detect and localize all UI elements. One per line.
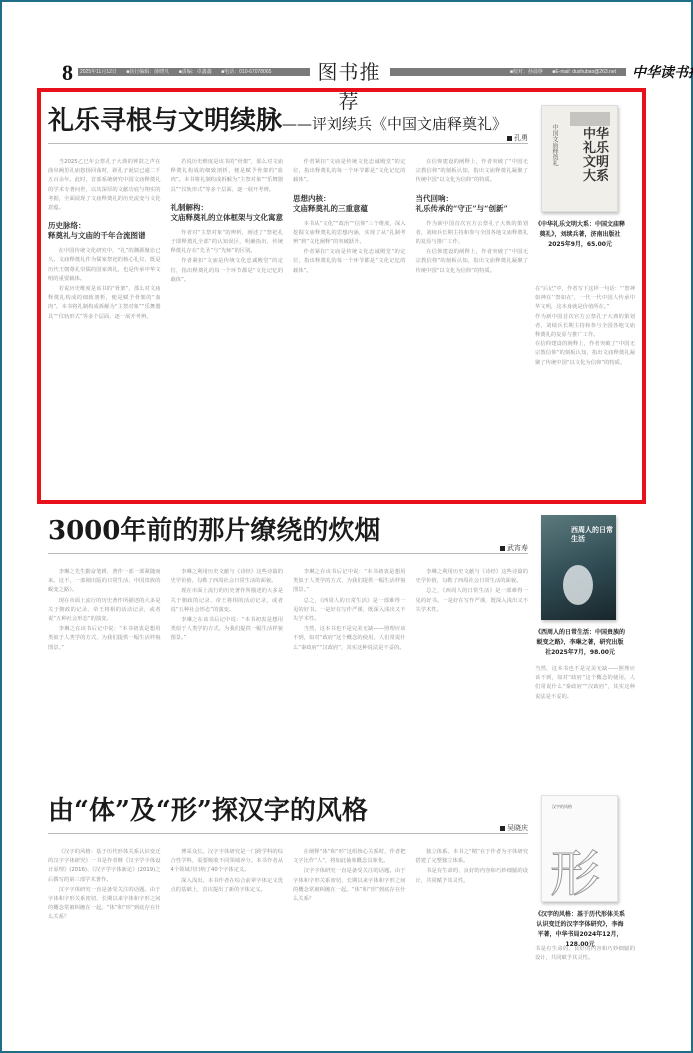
subhead: 礼制解构： 文庙释奠礼的立体框架与文化寓意 <box>171 203 284 223</box>
masthead-left-bar: 2025年11月12日 ■执行编辑：薛晓凡 ■责编：卓鑫鑫 ■电话：010-67… <box>78 68 310 76</box>
book-caption: 《汉字的风格：基于历代形体关系认识变迁的汉字字体研究》，李海平著，中华书局202… <box>535 910 625 950</box>
article-3: 由“体”及“形”探汉字的风格 吴晓庆 《汉字的风格：基于历代形体关系认识变迁的汉… <box>48 790 528 1033</box>
subhead: 思想内核： 文庙释奠礼的三重意蕴 <box>293 194 406 214</box>
phone: ■电话：010-67078065 <box>221 69 271 75</box>
editor: ■责编：卓鑫鑫 <box>179 69 212 75</box>
subhead: 历史脉络： 释奠礼与文庙的千年合流图谱 <box>48 221 161 241</box>
column-2: 李琳之利用历史文献与《诗经》这些诗篇的史学价值，勾勒了西周社会日常生活的面貌。 … <box>171 568 284 768</box>
column-4: 在信仰建设的阐释上，作者突破了“中国无宗教信仰”的刻板认知，指出文庙释奠礼凝聚了… <box>416 158 529 323</box>
issue-date: 2025年11月12日 <box>80 69 117 75</box>
masthead: 8 2025年11月12日 ■执行编辑：薛晓凡 ■责编：卓鑫鑫 ■电话：010-… <box>60 58 630 86</box>
column-3: 作者紧扣“文庙是传统文化忠诚殿堂”的定位，指出释奠礼的每一个环节都是“文化记忆的… <box>293 158 406 323</box>
book-2: 西周人的日常生活 《西周人的日常生活：中国贵族的蜕变之路》，李琳之著，研究出版社… <box>535 515 625 658</box>
article-columns: 李琳之先生勤奋笔耕，著作一部一部紧随而来。这不，一部刚出版的日常生活，中国贵族的… <box>48 568 528 768</box>
article-title: 由“体”及“形”探汉字的风格 <box>48 790 528 827</box>
column-1: 李琳之先生勤奋笔耕，著作一部一部紧随而来。这不，一部刚出版的日常生活，中国贵族的… <box>48 568 161 768</box>
article-title: 礼乐寻根与文明续脉——评刘续兵《中国文庙释奠礼》 <box>48 100 528 137</box>
book-1: 中国文庙释奠礼 中华礼乐文明大系 《中华礼乐文明大系：中国文庙释奠礼》，刘续兵著… <box>535 105 625 250</box>
book-cover-image: 西周人的日常生活 <box>541 515 616 620</box>
column-2: 若说历史维度是该书的“骨架”，那么对文庙释奠礼构成的细致剖析，便是赋予骨架的“血… <box>171 158 284 323</box>
article-2-column-5: 当然，这本书也不是完美无缺——照理应该不到，如对“政府”这个概念的使用。人们常说… <box>535 665 635 765</box>
article-columns: 《汉字的风格：基于历代形体关系认识变迁的汉字字体研究》一书是作者继《汉字学字体设… <box>48 848 528 1033</box>
article-columns: 当2025乙巳年公祭孔子大典的钟鼓之声在曲阜阙里孔庙悠扬回荡时，距孔子诞辰已逾二… <box>48 158 528 323</box>
executive-editor: ■执行编辑：薛晓凡 <box>126 69 169 75</box>
page-number: 8 <box>62 60 73 86</box>
article-title: 3000年前的那片缭绕的炊烟 <box>48 510 528 547</box>
article-3-column-5: 书是有生命的，良好的内容和巧妙细腻的设计，共同赋予其灵性。 <box>535 945 635 990</box>
book-caption: 《中华礼乐文明大系：中国文庙释奠礼》，刘续兵著，济南出版社2025年9月，65.… <box>535 220 625 250</box>
newspaper-logo: 中华读书报 <box>632 62 693 82</box>
masthead-right-bar: ■校对：孙晨铮 ■E-mail: dushubao@263.net <box>390 68 626 76</box>
title-rule: 吴晓庆 <box>48 833 528 834</box>
column-3: 李琳之在该书后记中说：“本书初衷是想用类似于人类学的方式，为我们提供一幅生活样貌… <box>293 568 406 768</box>
title-rule: 孔勇 <box>48 143 528 144</box>
column-2: 博采众长。汉字字体研究是一门跨学科的综合性学科，需要吸收不同领域养分。本书作者从… <box>171 848 284 1033</box>
column-4: 李琳之利用历史文献与《诗经》这些诗篇的史学价值，勾勒了西周社会日常生活的面貌。 … <box>416 568 529 768</box>
article-2: 3000年前的那片缭绕的炊烟 武宵寿 李琳之先生勤奋笔耕，著作一部一部紧随而来。… <box>48 510 528 768</box>
byline: 武宵寿 <box>496 543 528 553</box>
book-cover-image: 中国文庙释奠礼 中华礼乐文明大系 <box>541 105 618 212</box>
book-caption: 《西周人的日常生活：中国贵族的蜕变之路》，李琳之著，研究出版社2025年7月，9… <box>535 628 625 658</box>
article-1-column-5: 在“后记”中，作者写下这样一句话：“‘祭神如神在’‘祭如在’，一代一代中国人传承… <box>535 285 635 485</box>
book-cover-image: 汉字的风格 形 <box>541 795 618 902</box>
email[interactable]: ■E-mail: dushubao@263.net <box>552 69 616 75</box>
column-4: 独立体系。本书之“精”在于作者为字体研究搭建了完整独立体系。 书是有生命的，良好… <box>416 848 529 1033</box>
proofreader: ■校对：孙晨铮 <box>510 69 543 75</box>
article-subtitle: ——评刘续兵《中国文庙释奠礼》 <box>282 115 507 133</box>
byline: 孔勇 <box>503 133 528 143</box>
title-rule: 武宵寿 <box>48 553 528 554</box>
book-3: 汉字的风格 形 《汉字的风格：基于历代形体关系认识变迁的汉字字体研究》，李海平著… <box>535 795 625 950</box>
subhead: 当代回响： 礼乐传承的“守正”与“创新” <box>416 194 529 214</box>
column-3: 在阐释“体”和“形”这组核心关系时，作者把文字比作“人”，将如此抽象概念具象化。… <box>293 848 406 1033</box>
column-1: 《汉字的风格：基于历代形体关系认识变迁的汉字字体研究》一书是作者继《汉字学字体设… <box>48 848 161 1033</box>
column-1: 当2025乙巳年公祭孔子大典的钟鼓之声在曲阜阙里孔庙悠扬回荡时，距孔子诞辰已逾二… <box>48 158 161 323</box>
byline: 吴晓庆 <box>496 823 528 833</box>
article-1: 礼乐寻根与文明续脉——评刘续兵《中国文庙释奠礼》 孔勇 当2025乙巳年公祭孔子… <box>48 100 528 323</box>
